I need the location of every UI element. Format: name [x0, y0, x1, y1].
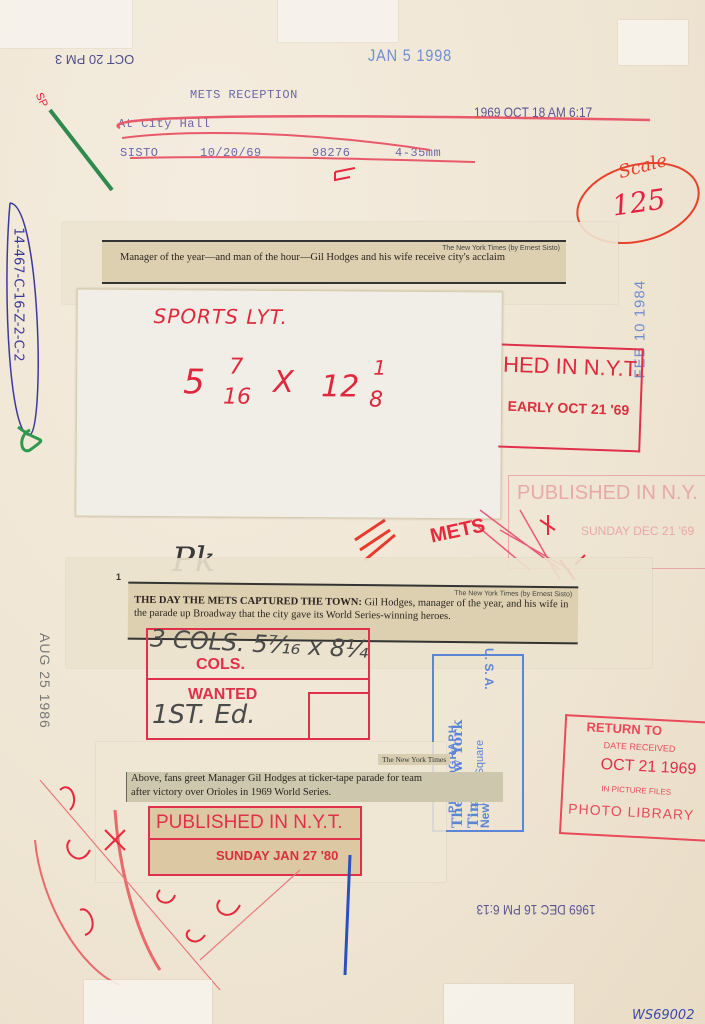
photo-verso-sheet: OCT 20 PM 3 JAN 5 1998 METS RECEPTION At…: [0, 0, 705, 1024]
return-date: OCT 21 1969: [600, 756, 697, 779]
stamp-divider: [148, 678, 368, 680]
tape-piece: [84, 980, 212, 1024]
layout-card: SPORTS LYT. 5 7 16 X 12 1 8: [75, 289, 503, 520]
return-label: RETURN TO: [586, 719, 662, 738]
clipping-2-caption: THE DAY THE METS CAPTURED THE TOWN: Gil …: [134, 594, 574, 625]
picture-files-label: IN PICTURE FILES: [601, 784, 671, 797]
height-numerator: 1: [373, 356, 386, 380]
width-whole: 5: [183, 362, 205, 402]
published-oct-date: EARLY OCT 21 '69: [507, 398, 629, 418]
catalog-id: WS69002: [632, 1008, 694, 1023]
published-oct-stamp: HED IN N.Y.T. EARLY OCT 21 '69: [498, 344, 644, 453]
tape-piece: [444, 984, 574, 1024]
date-label: OCT 21 '69: [557, 400, 629, 418]
date-received-label: DATE RECEIVED: [603, 740, 675, 754]
clipping-2-headline: THE DAY THE METS CAPTURED THE TOWN:: [134, 595, 362, 608]
times-sign: X: [273, 365, 294, 400]
one-marker: 1: [116, 572, 121, 582]
clipping-1: The New York Times (by Ernest Sisto) Man…: [102, 240, 566, 284]
aug-date-stamp: AUG 25 1986: [37, 633, 53, 743]
first-edition-handwriting: 1ST. Ed.: [152, 700, 256, 730]
width-numerator: 7: [229, 355, 243, 380]
sports-layout-note: SPORTS LYT.: [154, 304, 288, 329]
photo-library-label: PHOTO LIBRARY: [568, 800, 695, 823]
photo-library-stamp: RETURN TO DATE RECEIVED OCT 21 1969 IN P…: [559, 714, 705, 842]
edition-label: EARLY: [507, 398, 553, 416]
height-whole: 12: [321, 369, 359, 404]
side-code-handwriting: 14-467-C-16-Z-2-C-2: [11, 228, 26, 388]
published-oct-title: HED IN N.Y.T.: [503, 352, 642, 383]
width-denominator: 16: [223, 385, 251, 410]
inverted-time-stamp: 1969 DEC 16 PM 6:13: [477, 902, 596, 918]
clipping-1-caption: Manager of the year—and man of the hour—…: [120, 252, 505, 263]
clipping-3-credit: The New York Times: [378, 754, 450, 765]
cols-label: COLS.: [196, 656, 245, 674]
stamp-inner-box: [308, 692, 368, 738]
clipping-1-credit: The New York Times (by Ernest Sisto): [442, 245, 560, 252]
usa-label: U. S. A.: [482, 648, 496, 738]
height-denominator: 8: [369, 388, 383, 413]
side-code-oval: [0, 195, 60, 455]
